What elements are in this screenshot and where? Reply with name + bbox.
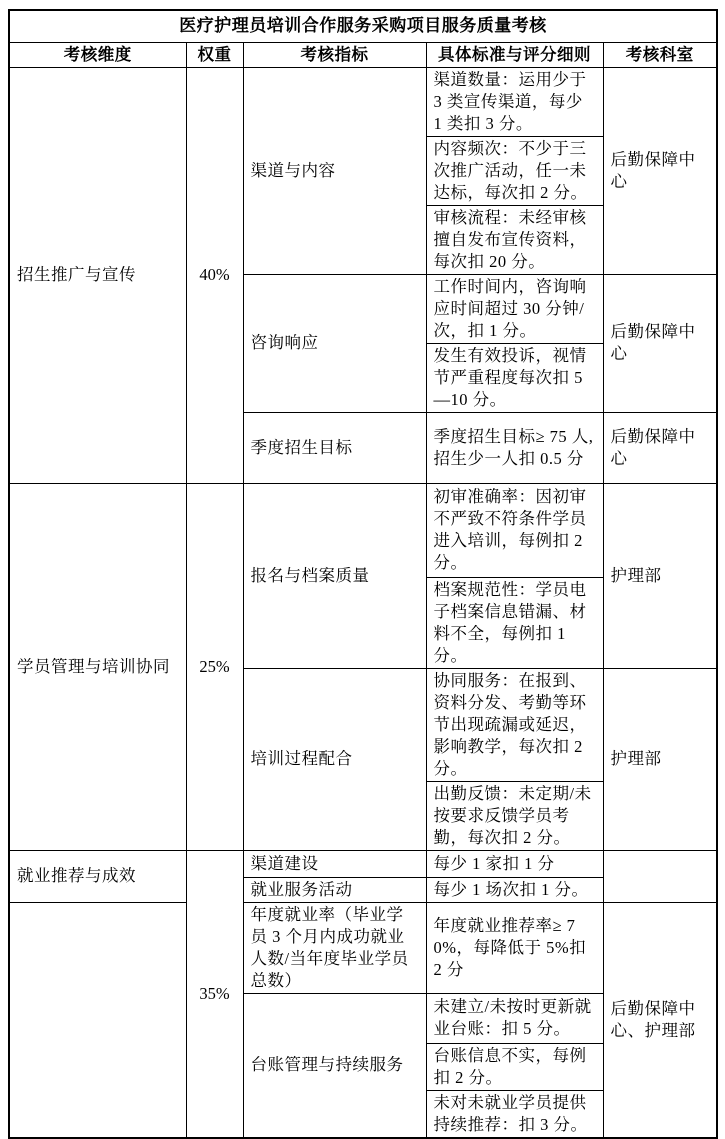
criteria-cell: 台账信息不实，每例扣 2 分。 — [426, 1043, 603, 1090]
indicator-cell: 渠道建设 — [243, 850, 426, 877]
weight-cell: 35% — [186, 850, 243, 1138]
header-indicator: 考核指标 — [243, 42, 426, 67]
criteria-cell: 发生有效投诉，视情节严重程度每次扣 5—10 分。 — [426, 343, 603, 412]
header-department: 考核科室 — [603, 42, 717, 67]
department-cell: 护理部 — [603, 483, 717, 668]
department-cell: 后勤保障中心 — [603, 67, 717, 274]
criteria-cell: 每少 1 家扣 1 分 — [426, 850, 603, 877]
indicator-cell: 就业服务活动 — [243, 877, 426, 902]
criteria-cell: 协同服务：在报到、资料分发、考勤等环节出现疏漏或延迟，影响教学，每次扣 2 分。 — [426, 668, 603, 781]
criteria-cell: 未建立/未按时更新就业台账：扣 5 分。 — [426, 993, 603, 1043]
criteria-cell: 年度就业推荐率≥ 70%，每降低于 5%扣 2 分 — [426, 902, 603, 993]
criteria-cell: 渠道数量：运用少于 3 类宣传渠道，每少 1 类扣 3 分。 — [426, 67, 603, 136]
empty-department-cell — [603, 850, 717, 902]
criteria-cell: 未对未就业学员提供持续推荐：扣 3 分。 — [426, 1090, 603, 1138]
indicator-cell: 台账管理与持续服务 — [243, 993, 426, 1138]
department-cell: 后勤保障中心、护理部 — [603, 902, 717, 1138]
criteria-cell: 内容频次：不少于三次推广活动，任一未达标，每次扣 2 分。 — [426, 136, 603, 205]
dimension-cell: 就业推荐与成效 — [9, 850, 186, 902]
header-dimension: 考核维度 — [9, 42, 186, 67]
weight-cell: 40% — [186, 67, 243, 483]
dimension-cell: 招生推广与宣传 — [9, 67, 186, 483]
dimension-cell: 学员管理与培训协同 — [9, 483, 186, 850]
criteria-cell: 档案规范性：学员电子档案信息错漏、材料不全，每例扣 1 分。 — [426, 577, 603, 668]
empty-dimension-cell — [9, 902, 186, 1138]
department-cell: 后勤保障中心 — [603, 412, 717, 483]
indicator-cell: 报名与档案质量 — [243, 483, 426, 668]
indicator-cell: 培训过程配合 — [243, 668, 426, 850]
indicator-cell: 咨询响应 — [243, 274, 426, 412]
page-title: 医疗护理员培训合作服务采购项目服务质量考核 — [9, 10, 717, 42]
department-cell: 护理部 — [603, 668, 717, 850]
criteria-cell: 出勤反馈：未定期/未按要求反馈学员考勤，每次扣 2 分。 — [426, 781, 603, 850]
criteria-cell: 工作时间内，咨询响应时间超过 30 分钟/次，扣 1 分。 — [426, 274, 603, 343]
weight-cell: 25% — [186, 483, 243, 850]
header-criteria: 具体标准与评分细则 — [426, 42, 603, 67]
criteria-cell: 初审准确率：因初审不严致不符条件学员进入培训，每例扣 2 分。 — [426, 483, 603, 577]
service-quality-assessment-table: 医疗护理员培训合作服务采购项目服务质量考核 考核维度 权重 考核指标 具体标准与… — [8, 9, 718, 1139]
indicator-cell: 年度就业率（毕业学员 3 个月内成功就业人数/当年度毕业学员总数） — [243, 902, 426, 993]
criteria-cell: 每少 1 场次扣 1 分。 — [426, 877, 603, 902]
criteria-cell: 审核流程：未经审核擅自发布宣传资料，每次扣 20 分。 — [426, 205, 603, 274]
indicator-cell: 渠道与内容 — [243, 67, 426, 274]
header-weight: 权重 — [186, 42, 243, 67]
indicator-cell: 季度招生目标 — [243, 412, 426, 483]
criteria-cell: 季度招生目标≥ 75 人,招生少一人扣 0.5 分 — [426, 412, 603, 483]
department-cell: 后勤保障中心 — [603, 274, 717, 412]
